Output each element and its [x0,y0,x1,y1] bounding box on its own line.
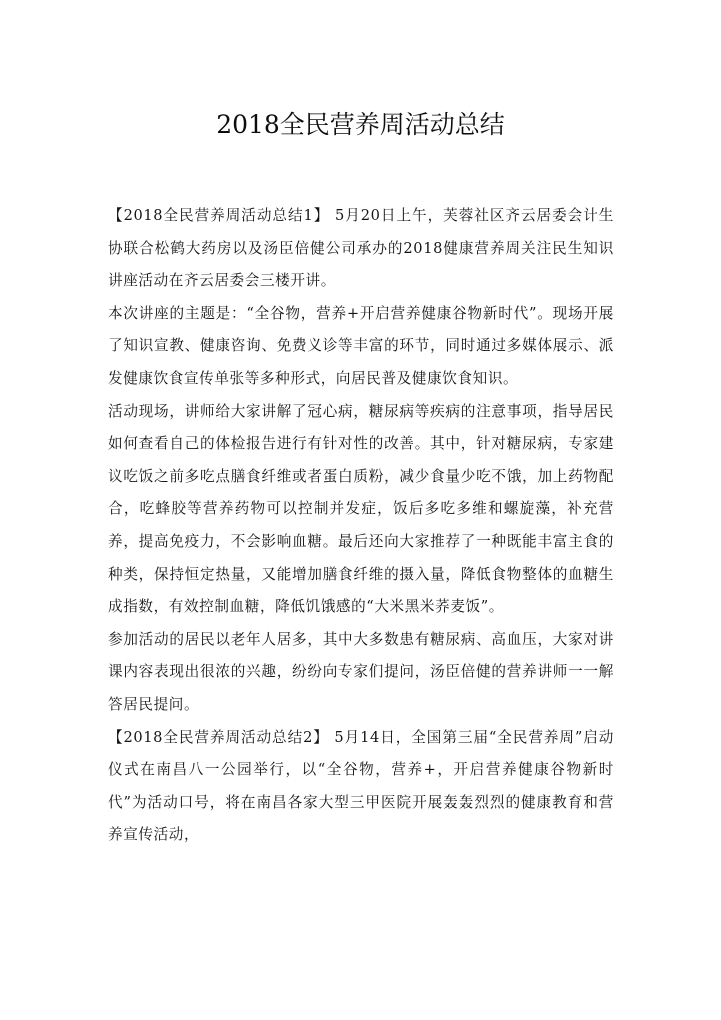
paragraph-lecture-theme: 本次讲座的主题是：“全谷物，营养+开启营养健康谷物新时代”。现场开展了知识宣教、… [108,298,614,396]
paragraph-participants: 参加活动的居民以老年人居多，其中大多数患有糖尿病、高血压，大家对讲课内容表现出很… [108,624,614,722]
document-body: 【2018全民营养周活动总结1】 5月20日上午，芙蓉社区齐云居委会计生协联合松… [108,200,614,852]
paragraph-summary-2-intro: 【2018全民营养周活动总结2】 5月14日，全国第三届“全民营养周”启动仪式在… [108,722,614,852]
paragraph-summary-1-intro: 【2018全民营养周活动总结1】 5月20日上午，芙蓉社区齐云居委会计生协联合松… [108,200,614,298]
paragraph-lecture-content: 活动现场，讲师给大家讲解了冠心病，糖尿病等疾病的注意事项，指导居民如何查看自己的… [108,396,614,624]
document-title: 2018全民营养周活动总结 [0,107,721,143]
document-page: 2018全民营养周活动总结 【2018全民营养周活动总结1】 5月20日上午，芙… [0,0,721,1020]
